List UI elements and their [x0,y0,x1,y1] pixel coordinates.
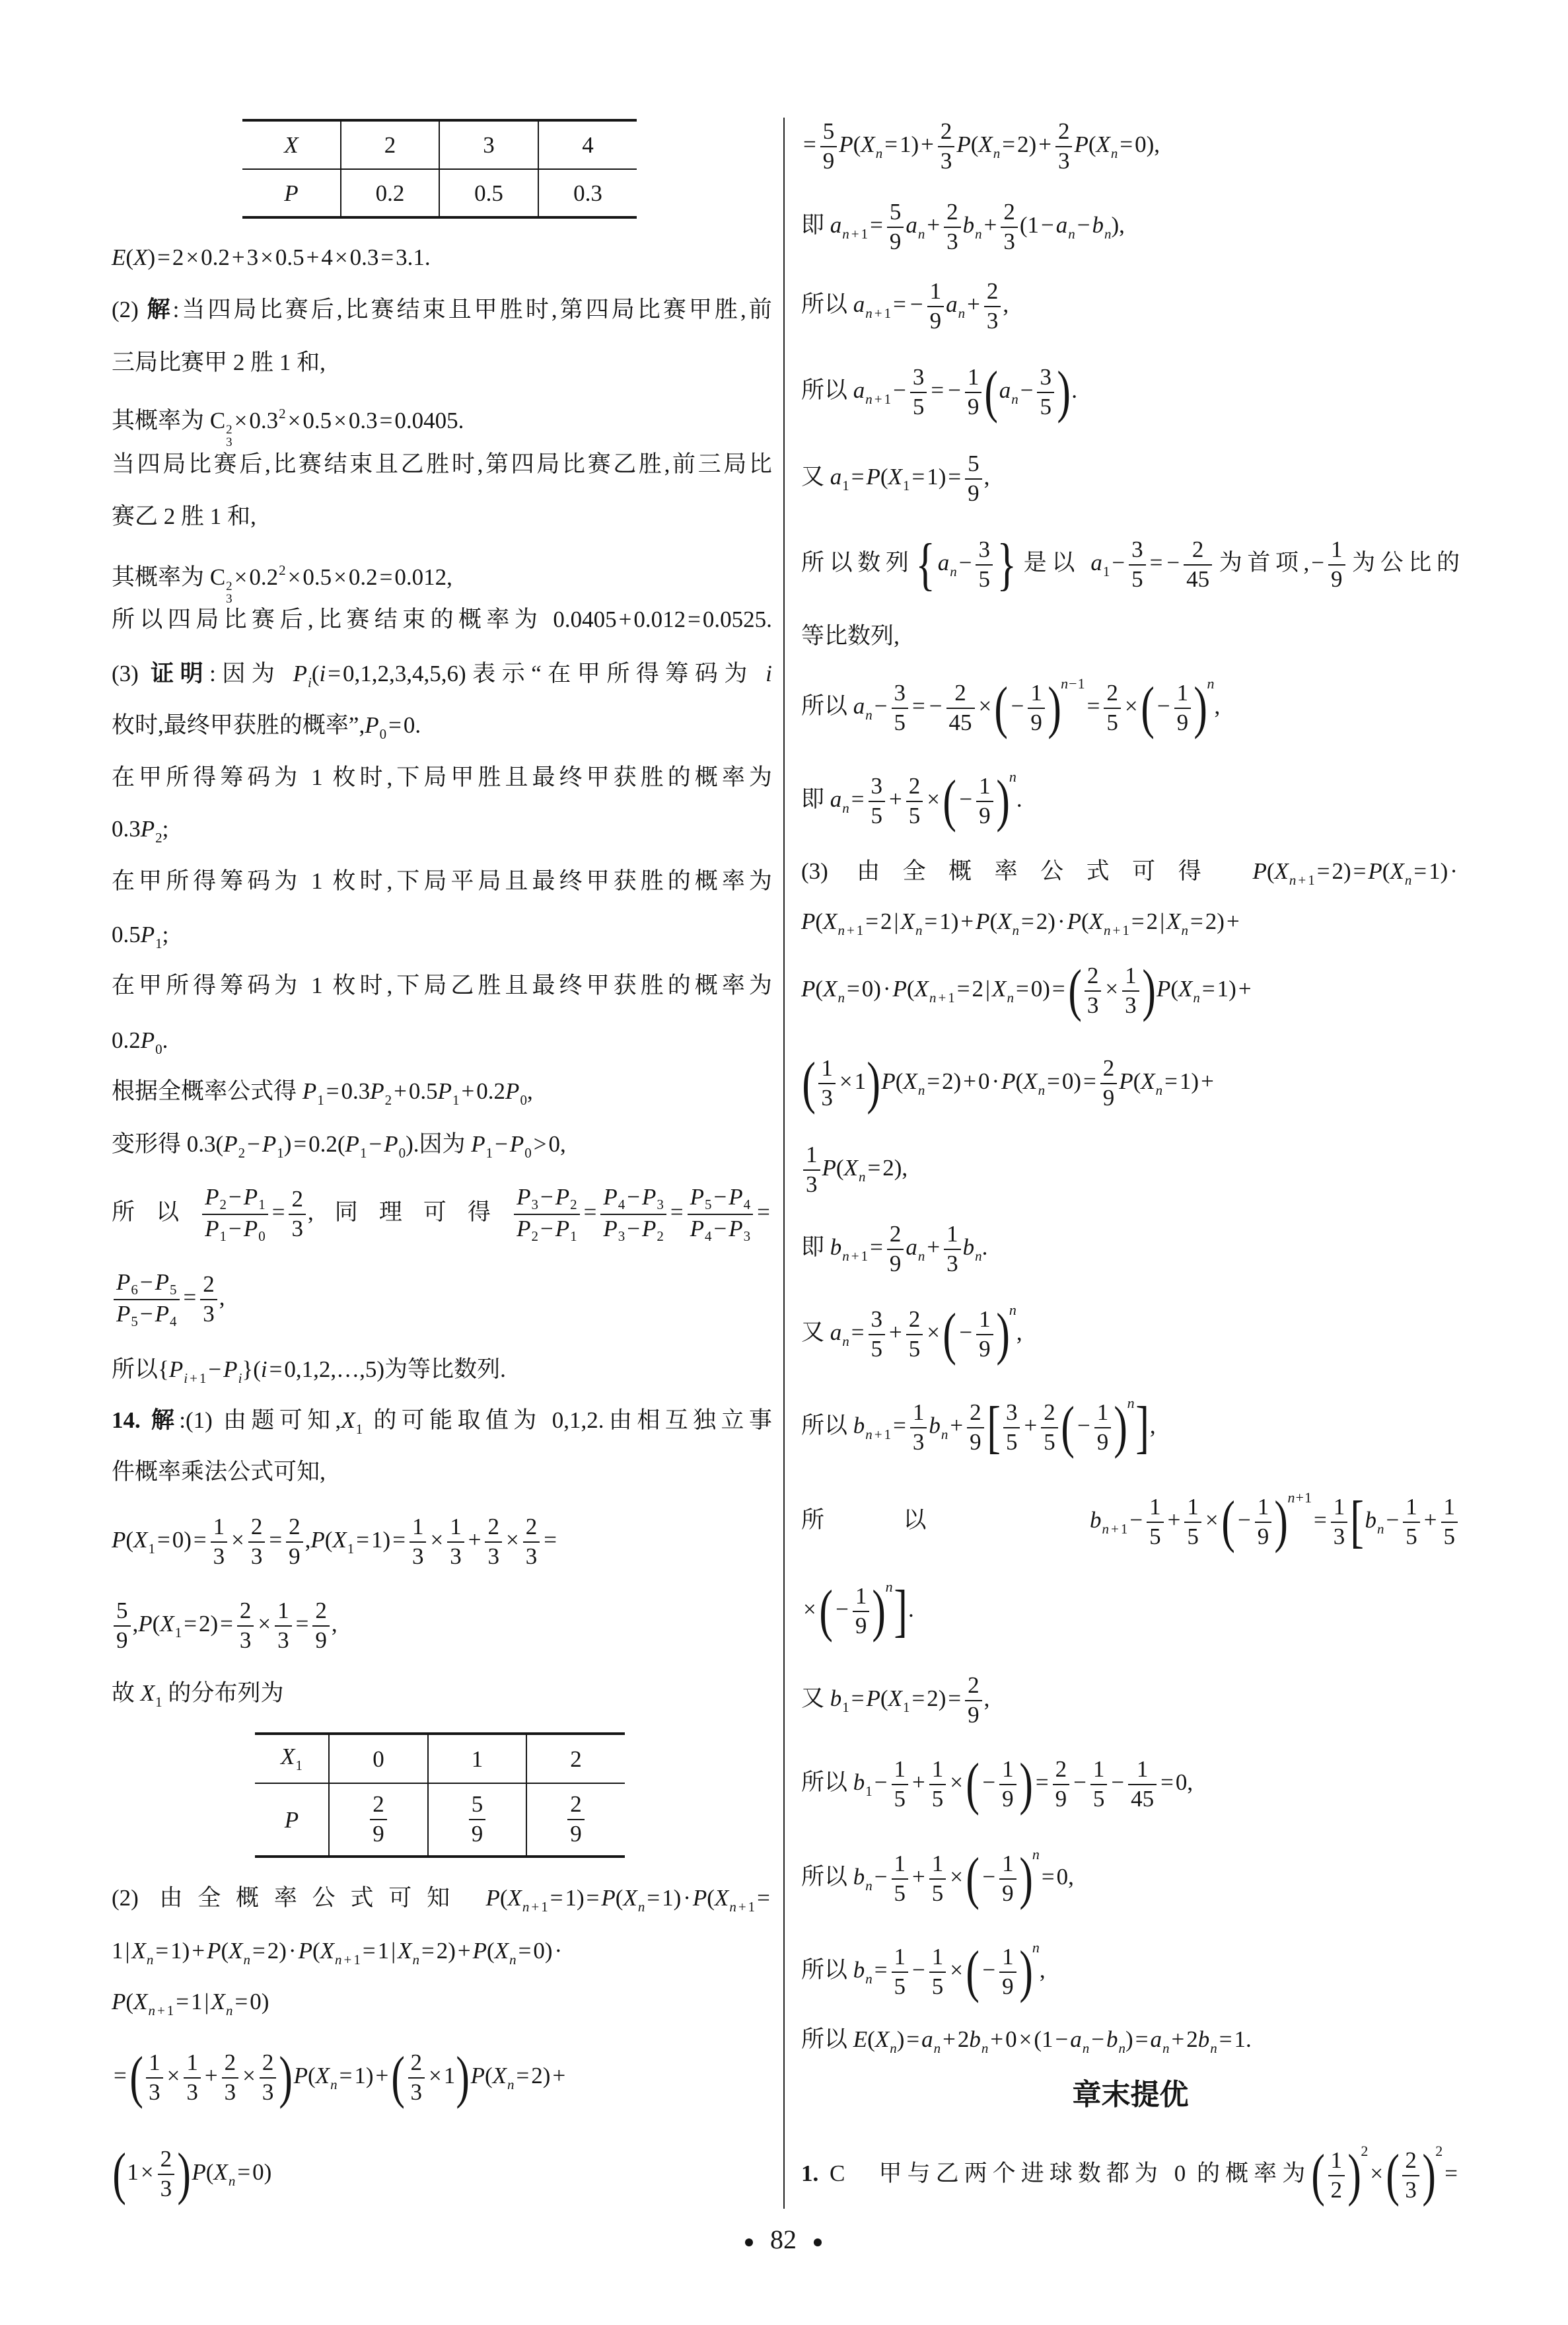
solution-line: 所以数列{an−35}是以 a1−35=−245为首项,−19为公比的 [801,517,1460,609]
solution-line: 所以 b1−15+15×(−19)=29−15−145=0, [801,1736,1193,1829]
page-number-value: 82 [770,2225,797,2254]
solution-line: 又 b1=P(X1=2)=29, [801,1652,989,1745]
table-cell: 2 [341,120,439,169]
section-heading: 章末提优 [801,2075,1460,2115]
solution-line: ×(−19)n]. [801,1563,914,1656]
table-cell: 29 [329,1783,428,1857]
table-cell: 4 [538,120,637,169]
solution-line: 又 an=35+25×(−19)n, [801,1286,1022,1379]
solution-line: P(X1=0)=13×23=29,P(X1=1)=13×13+23×23= [112,1494,772,1586]
table-cell: 1 [428,1734,526,1783]
solution-line: 在甲所得筹码为 1 枚时,下局甲胜且最终甲获胜的概率为 [112,731,772,824]
answer-line: 1. C 甲与乙两个进球数都为 0 的概率为(12)2×(23)2= [801,2127,1460,2220]
table-cell: 3 [439,120,538,169]
solution-line: 所以 bn−15+15×(−19)n=0, [801,1831,1074,1923]
solution-line: =59P(Xn=1)+23P(Xn=2)+23P(Xn=0), [801,98,1160,191]
solution-line: 所以 an+1−35=−19(an−35). [801,344,1077,437]
table-cell: 0.3 [538,169,637,217]
column-divider [783,118,785,2209]
distribution-table-x1: X1 0 1 2 P 29 59 29 [255,1732,625,1858]
table-header-cell: X1 [255,1734,329,1783]
table-header-cell: P [255,1783,329,1857]
solution-line: 在甲所得筹码为 1 枚时,下局平局且最终甲获胜的概率为 [112,835,772,928]
solution-line: 即 bn+1=29an+13bn. [801,1201,987,1294]
solution-line: (1×23)P(Xn=0) [112,2126,271,2219]
solution-line: 13P(Xn=2), [801,1122,908,1214]
solution-line: 故 X1 的分布列为 [112,1647,283,1740]
table-header-cell: P [242,169,341,217]
table-header-cell: X [242,120,341,169]
bullet-icon [814,2238,822,2246]
solution-line: 即 an+1=59an+23bn+23(1−an−bn), [801,179,1125,272]
table-cell: 0.2 [341,169,439,217]
solution-line: 又 a1=P(X1=1)=59, [801,431,989,523]
table-cell: 29 [526,1783,625,1857]
table-cell: 2 [526,1734,625,1783]
distribution-table-x: X 2 3 4 P 0.2 0.5 0.3 [242,119,637,219]
solution-line: 所以 bn+1=13bn+29[35+25(−19)n], [801,1380,1156,1472]
solution-line: =(13×13+23×23)P(Xn=1)+(23×1)P(Xn=2)+ [112,2030,772,2122]
document-page: X 2 3 4 P 0.2 0.5 0.3 E(X)=2×0.2+3×0.5+4… [0,0,1568,2325]
solution-line: P(Xn=0)·P(Xn+1=2|Xn=0)=(23×13)P(Xn=1)+ [801,943,1460,1035]
solution-line: 所以 an−35=−245×(−19)n−1=25×(−19)n, [801,660,1220,753]
table-cell: 0 [329,1734,428,1783]
page-number: 82 [717,2223,849,2256]
solution-line: 所以 bn+1−15+15×(−19)n+1=13[bn−15+15 [801,1474,1460,1567]
solution-line: (13×1)P(Xn=2)+0·P(Xn=0)=29P(Xn=1)+ [801,1035,1460,1128]
solution-line: 所以P2−P1P1−P0=23,同理可得P3−P2P2−P1=P4−P3P3−P… [112,1166,772,1259]
table-row: P 29 59 29 [255,1783,625,1857]
solution-line: 所以 E(Xn)=an+2bn+0×(1−an−bn)=an+2bn=1. [801,1993,1252,2086]
table-row: X 2 3 4 [242,120,637,169]
table-cell: 0.5 [439,169,538,217]
solution-line: 在甲所得筹码为 1 枚时,下局乙胜且最终甲获胜的概率为 [112,940,772,1032]
solution-line: 所以 an+1=−19an+23, [801,258,1009,351]
bullet-icon [745,2238,753,2246]
table-cell: 59 [428,1783,526,1857]
table-row: X1 0 1 2 [255,1734,625,1783]
table-row: P 0.2 0.5 0.3 [242,169,637,217]
